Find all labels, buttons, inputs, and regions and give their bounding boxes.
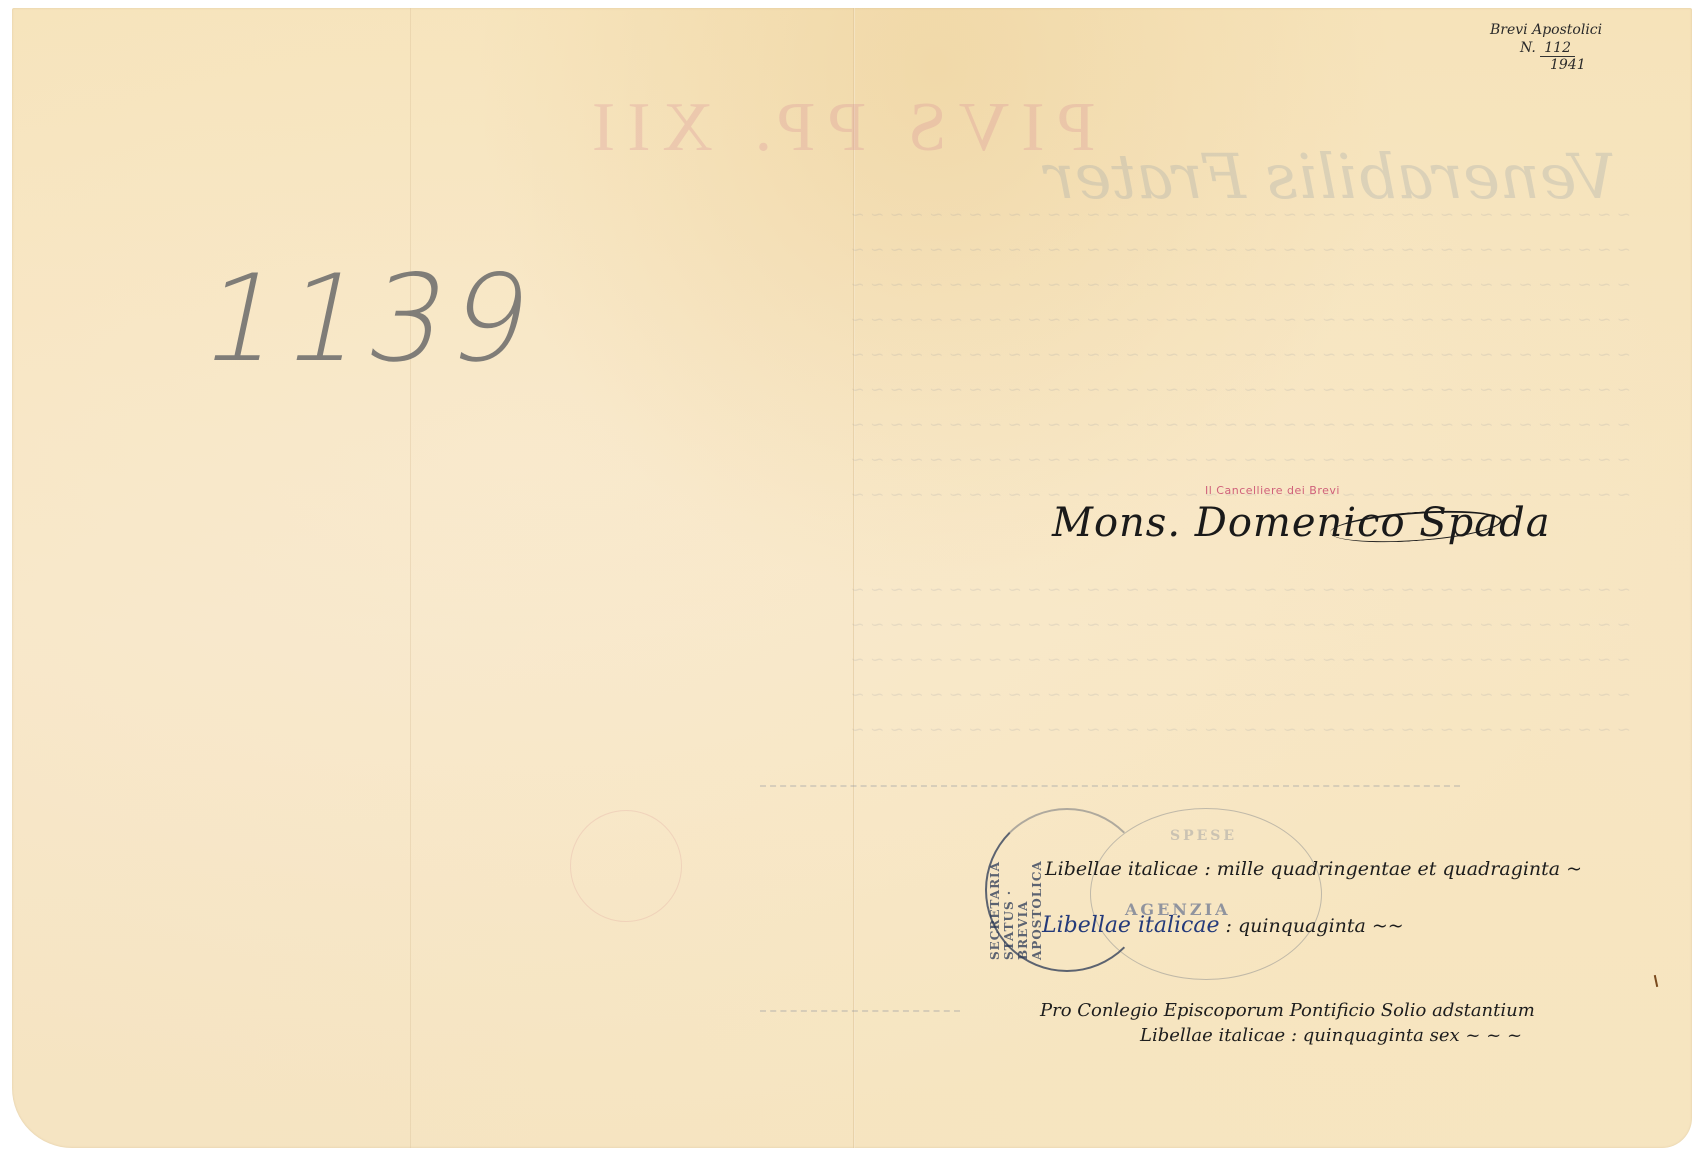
fee-label: Pro Conlegio Episcoporum Pontificio Soli… [1040, 1000, 1535, 1021]
show-through-line: ~ ~ ~ ~ ~ ~ ~ ~ ~ ~ ~ ~ ~ ~ ~ ~ ~ ~ ~ ~ … [90, 450, 1631, 462]
faint-seal-impression [570, 810, 682, 922]
show-through-line: ~ ~ ~ ~ ~ ~ ~ ~ ~ ~ ~ ~ ~ ~ ~ ~ ~ ~ ~ ~ … [90, 580, 1631, 592]
show-through-line: ~ ~ ~ ~ ~ ~ ~ ~ ~ ~ ~ ~ ~ ~ ~ ~ ~ ~ ~ ~ … [90, 615, 1631, 627]
show-through-salutation: Venerabilis Frater [1045, 140, 1616, 213]
fee-amount: : quinquaginta sex ~ ~ ~ [1291, 1025, 1522, 1046]
archive-reference: Brevi Apostolici N. 112 1941 [1490, 22, 1602, 75]
archive-year: 1941 [1550, 57, 1602, 75]
archive-number-prefix: N. [1520, 40, 1536, 56]
chancellery-stamp: Il Cancelliere dei Brevi [1205, 484, 1340, 497]
archive-number: 112 [1540, 40, 1575, 57]
pencil-catalog-number: 1139 [190, 250, 549, 389]
fee-amount: : mille quadringentae et quadraginta ~ [1204, 858, 1582, 880]
seal-text: SECRETARIA STATUS · BREVIA APOSTOLICA [988, 830, 1028, 960]
show-through-line: ~ ~ ~ ~ ~ ~ ~ ~ ~ ~ ~ ~ ~ ~ ~ ~ ~ ~ ~ ~ … [90, 720, 1631, 732]
show-through-dotted-line [760, 1010, 960, 1012]
show-through-line: ~ ~ ~ ~ ~ ~ ~ ~ ~ ~ ~ ~ ~ ~ ~ ~ ~ ~ ~ ~ … [90, 415, 1631, 427]
archive-collection: Brevi Apostolici [1490, 22, 1602, 38]
fee-line-1: Libellae italicae : mille quadringentae … [1045, 858, 1582, 880]
show-through-dotted-line [760, 785, 1460, 787]
fee-label: Libellae italicae [1140, 1025, 1285, 1046]
fee-line-3: Pro Conlegio Episcoporum Pontificio Soli… [1040, 1000, 1535, 1021]
fee-label: Libellae italicae [1042, 913, 1219, 938]
oval-stamp-top-text: SPESE [1170, 828, 1237, 844]
fee-amount: : quinquaginta ~~ [1226, 915, 1404, 937]
show-through-line: ~ ~ ~ ~ ~ ~ ~ ~ ~ ~ ~ ~ ~ ~ ~ ~ ~ ~ ~ ~ … [90, 685, 1631, 697]
fold-line-left [410, 8, 411, 1148]
fee-line-2: Libellae italicae : quinquaginta ~~ [1042, 913, 1404, 938]
show-through-line: ~ ~ ~ ~ ~ ~ ~ ~ ~ ~ ~ ~ ~ ~ ~ ~ ~ ~ ~ ~ … [90, 485, 1631, 497]
fold-line-center [853, 8, 855, 1148]
fee-label: Libellae italicae [1045, 858, 1198, 880]
fee-line-4: Libellae italicae : quinquaginta sex ~ ~… [1140, 1025, 1522, 1046]
show-through-line: ~ ~ ~ ~ ~ ~ ~ ~ ~ ~ ~ ~ ~ ~ ~ ~ ~ ~ ~ ~ … [90, 650, 1631, 662]
show-through-line: ~ ~ ~ ~ ~ ~ ~ ~ ~ ~ ~ ~ ~ ~ ~ ~ ~ ~ ~ ~ … [90, 205, 1631, 217]
show-through-heading: PIVS PP. XII [580, 88, 1096, 168]
